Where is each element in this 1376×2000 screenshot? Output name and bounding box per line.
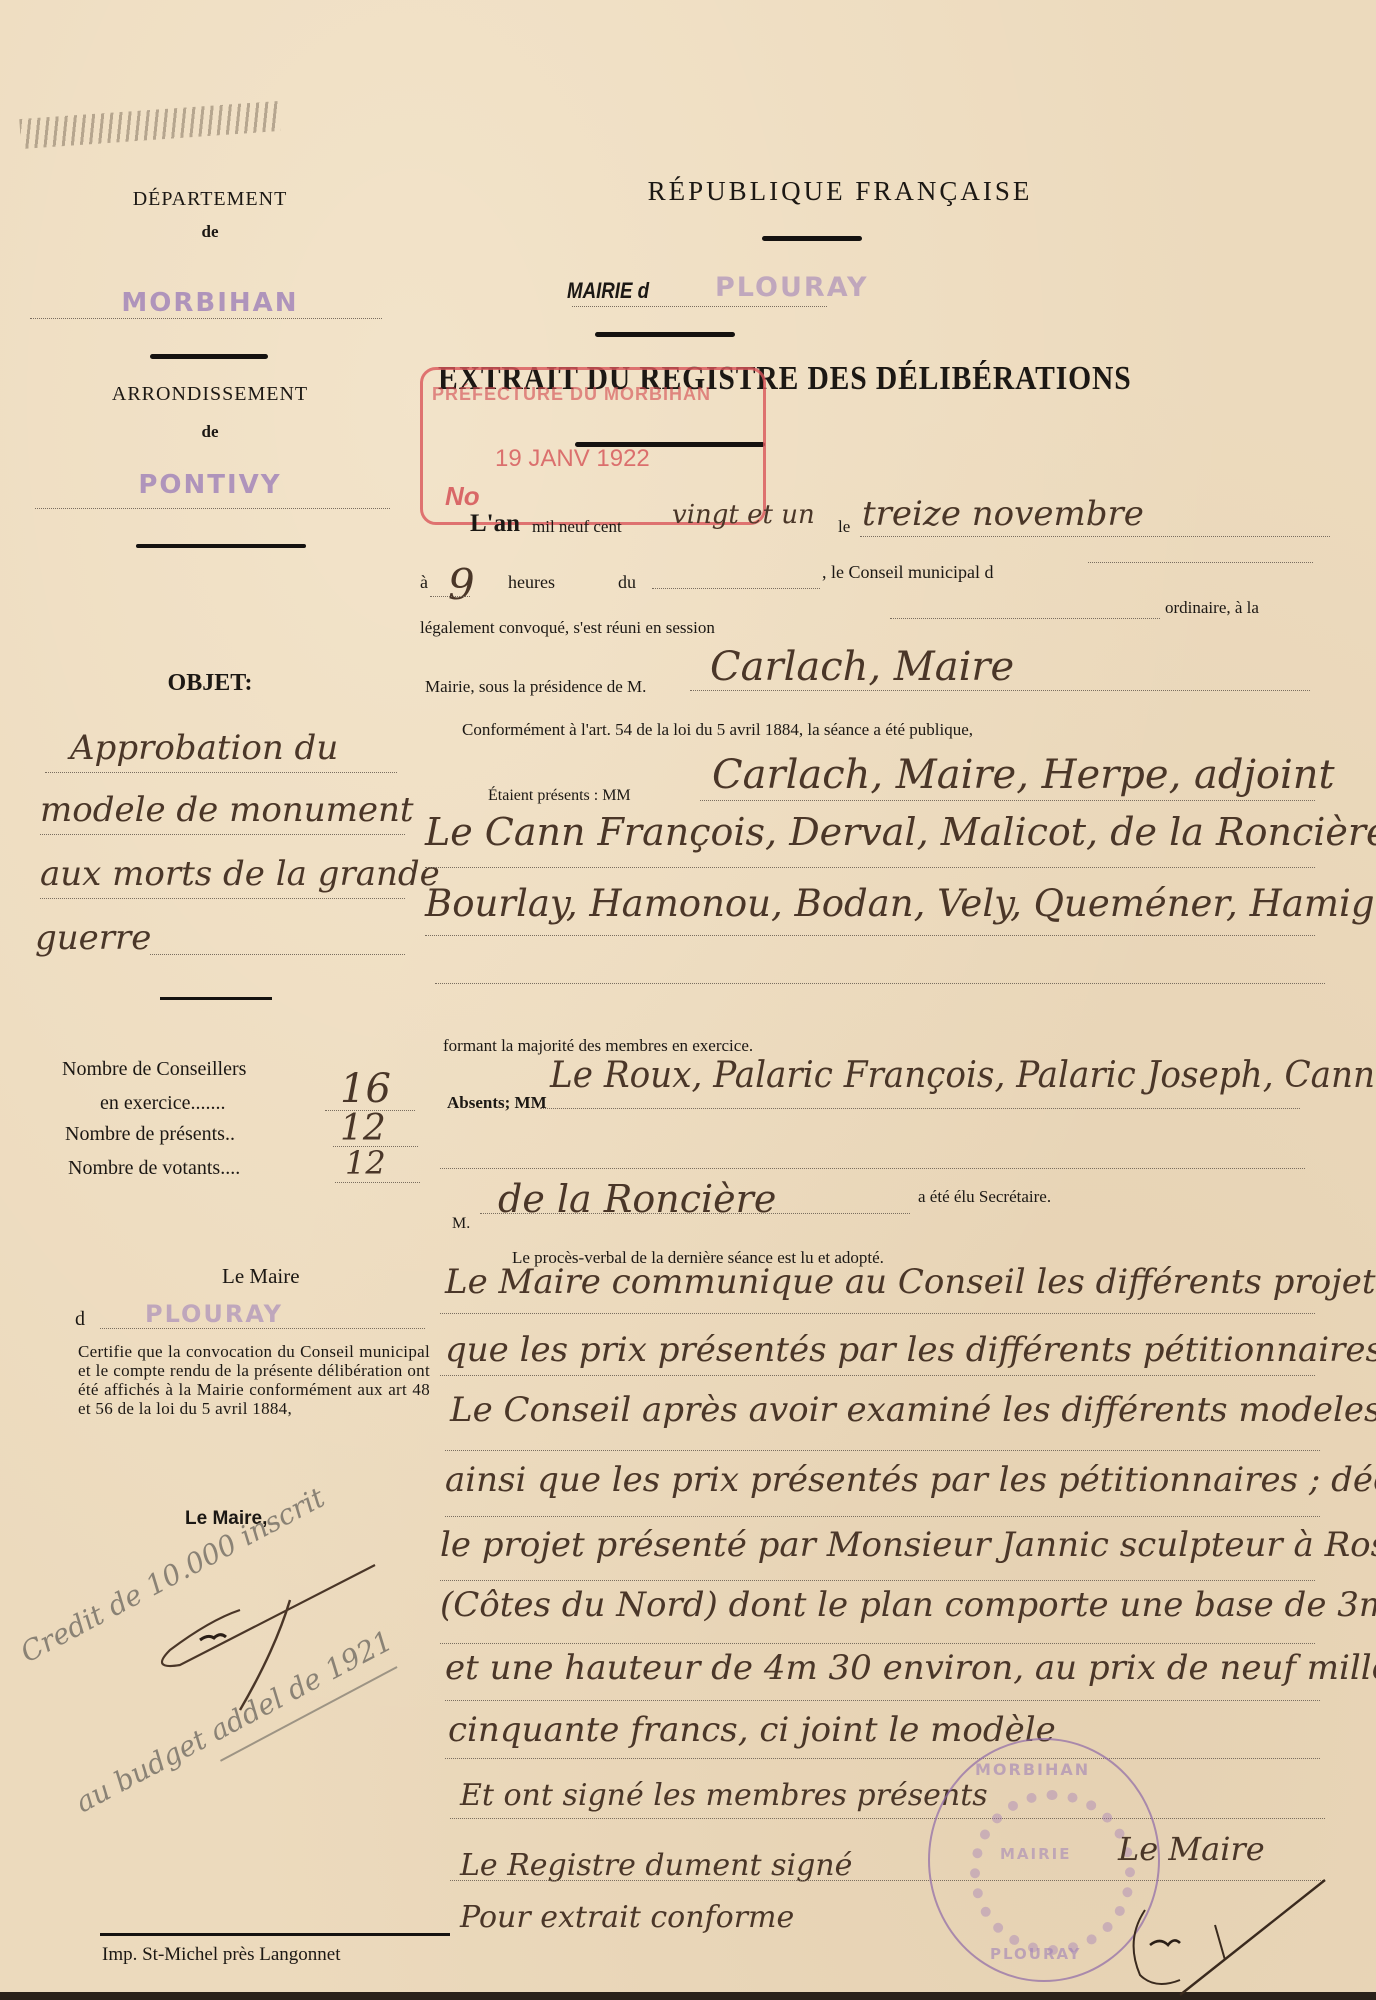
arrondissement-stamp: PONTIVY [60, 470, 360, 500]
red-stamp-no: No [445, 481, 480, 512]
absents-rule-1 [540, 1108, 1300, 1109]
certif-commune-stamp: PLOURAY [145, 1300, 283, 1328]
absents-rule-2 [440, 1168, 1305, 1169]
votants-line [335, 1182, 420, 1183]
presidence-hand: Carlach, Maire [710, 644, 1014, 690]
conseillers-label-1: Nombre de Conseillers [62, 1058, 246, 1081]
delib-rule-4 [445, 1516, 1320, 1517]
deliberation-line-8: cinquante francs, ci joint le modèle [448, 1710, 1056, 1750]
seal-top-text: MORBIHAN [975, 1760, 1090, 1779]
presents-rule-4 [435, 983, 1325, 984]
objet-label: OBJET: [60, 670, 360, 697]
conseil-line [1088, 562, 1313, 563]
republique-francaise: RÉPUBLIQUE FRANÇAISE [500, 176, 1180, 207]
an-label: L'an [470, 510, 520, 538]
delib-rule-3 [445, 1450, 1320, 1451]
presents-rule-1 [700, 800, 1315, 801]
seal-center-text: MAIRIE [1000, 1845, 1072, 1863]
votants-value: 12 [345, 1144, 386, 1182]
presidence-line [690, 690, 1310, 691]
delib-rule-5 [440, 1580, 1315, 1581]
secretaire-label: a été élu Secrétaire. [918, 1187, 1051, 1207]
header-rule-1 [762, 236, 862, 241]
red-stamp-line1: PRÉFECTURE DU MORBIHAN [432, 384, 711, 405]
seal-bottom-text: PLOURAY [990, 1945, 1082, 1963]
objet-line-1: Approbation du [70, 728, 338, 768]
session-line [890, 618, 1160, 619]
majorite-text: formant la majorité des membres en exerc… [443, 1036, 753, 1056]
arrondissement-de: de [60, 422, 360, 442]
delib-rule-7 [445, 1700, 1320, 1701]
conformement: Conformément à l'art. 54 de la loi du 5 … [462, 720, 973, 740]
arrondissement-line [35, 508, 390, 509]
certif-line [100, 1328, 425, 1329]
header-rule-2 [595, 332, 735, 337]
secretaire-hand: de la Roncière [498, 1177, 776, 1221]
printer-imprint: Imp. St-Michel près Langonnet [102, 1944, 341, 1966]
objet-line-3: aux morts de la grande [40, 854, 440, 894]
deliberation-line-1: Le Maire communique au Conseil les diffé… [445, 1262, 1376, 1302]
deliberation-line-6: (Côtes du Nord) dont le plan comporte un… [440, 1585, 1376, 1625]
mairie-stamp: PLOURAY [715, 272, 869, 303]
heure-line [430, 596, 470, 597]
ornament-rule [136, 544, 306, 548]
printer-rule [100, 1933, 450, 1936]
presents-rule-3 [425, 935, 1315, 936]
conseillers-label-2: en exercice....... [100, 1092, 225, 1115]
absents-label: Absents; MM [447, 1093, 547, 1113]
presents-rule-2 [425, 867, 1315, 868]
an-printed: mil neuf cent [532, 517, 622, 537]
signature-le-maire: Le Maire [1118, 1830, 1265, 1868]
heures-label: heures [508, 572, 555, 593]
arrondissement-label: ARRONDISSEMENT [60, 383, 360, 406]
departement-label: DÉPARTEMENT [60, 188, 360, 211]
objet-line-2: modele de monument [40, 790, 414, 830]
maire-signature-right [1120, 1870, 1340, 2000]
du-label: du [618, 572, 636, 593]
objet-rule-3 [40, 898, 405, 899]
date-line [860, 536, 1330, 537]
objet-rule-2 [40, 834, 405, 835]
du-line [652, 588, 820, 589]
secretaire-m: M. [452, 1215, 470, 1233]
deliberation-line-10: Le Registre dument signé [460, 1848, 852, 1883]
departement-line [30, 318, 382, 319]
presents-label-body: Étaient présents : MM [488, 787, 631, 805]
presents-line-2: Le Cann François, Derval, Malicot, de la… [425, 810, 1376, 854]
deliberation-line-7: et une hauteur de 4m 30 environ, au prix… [445, 1648, 1376, 1688]
objet-end-rule [160, 997, 272, 1000]
conseil-label: , le Conseil municipal d [822, 562, 993, 583]
a-label: à [420, 572, 428, 593]
deliberation-line-4: ainsi que les prix présentés par les pét… [445, 1460, 1376, 1500]
objet-rule-1 [45, 772, 397, 773]
presents-line-1: Carlach, Maire, Herpe, adjoint [712, 752, 1335, 798]
objet-rule-4 [150, 954, 405, 955]
certif-text: Certifie que la convocation du Conseil m… [78, 1342, 430, 1418]
delib-rule-6 [440, 1643, 1315, 1644]
mairie-label: MAIRIE d [567, 278, 649, 304]
presents-label: Nombre de présents.. [65, 1123, 235, 1146]
deliberation-line-9: Et ont signé les membres présents [460, 1778, 988, 1813]
votants-label: Nombre de votants.... [68, 1157, 240, 1180]
separator-rule [150, 354, 268, 359]
deliberation-line-11: Pour extrait conforme [460, 1900, 794, 1935]
signature-name-hidden: Carlach [1150, 1940, 1153, 1941]
departement-de: de [60, 222, 360, 242]
delib-rule-8 [445, 1758, 1320, 1759]
delib-rule-9 [450, 1818, 1325, 1819]
seal-wreath [970, 1790, 1135, 1955]
delib-rule-1 [440, 1313, 1315, 1314]
presents-value: 12 [340, 1108, 386, 1149]
objet-line-4: guerre [35, 918, 151, 958]
an-le: le [838, 517, 850, 537]
heure-hand: 9 [448, 560, 475, 609]
certif-le-maire: Le Maire [222, 1264, 300, 1289]
ordinaire-label: ordinaire, à la [1165, 598, 1259, 618]
absents-hand: Le Roux, Palaric François, Palaric Josep… [550, 1055, 1376, 1096]
presidence-label: Mairie, sous la présidence de M. [425, 677, 646, 697]
an-hand: vingt et un [672, 500, 815, 530]
date-hand: treize novembre [862, 494, 1144, 534]
presents-line-3: Bourlay, Hamonou, Bodan, Vely, Queméner,… [425, 882, 1376, 925]
certif-d: d [75, 1308, 85, 1331]
mairie-line [572, 306, 827, 307]
deliberation-line-3: Le Conseil après avoir examiné les diffé… [450, 1390, 1376, 1430]
convoque-label: légalement convoqué, s'est réuni en sess… [420, 618, 715, 638]
deliberation-line-2: que les prix présentés par les différent… [445, 1330, 1376, 1370]
departement-stamp: MORBIHAN [60, 288, 360, 318]
red-stamp-date: 19 JANV 1922 [495, 445, 650, 473]
conseillers-value: 16 [340, 1066, 391, 1112]
delib-rule-2 [440, 1375, 1315, 1376]
secretaire-line [480, 1213, 910, 1214]
deliberation-line-5: le projet présenté par Monsieur Jannic s… [440, 1525, 1376, 1565]
